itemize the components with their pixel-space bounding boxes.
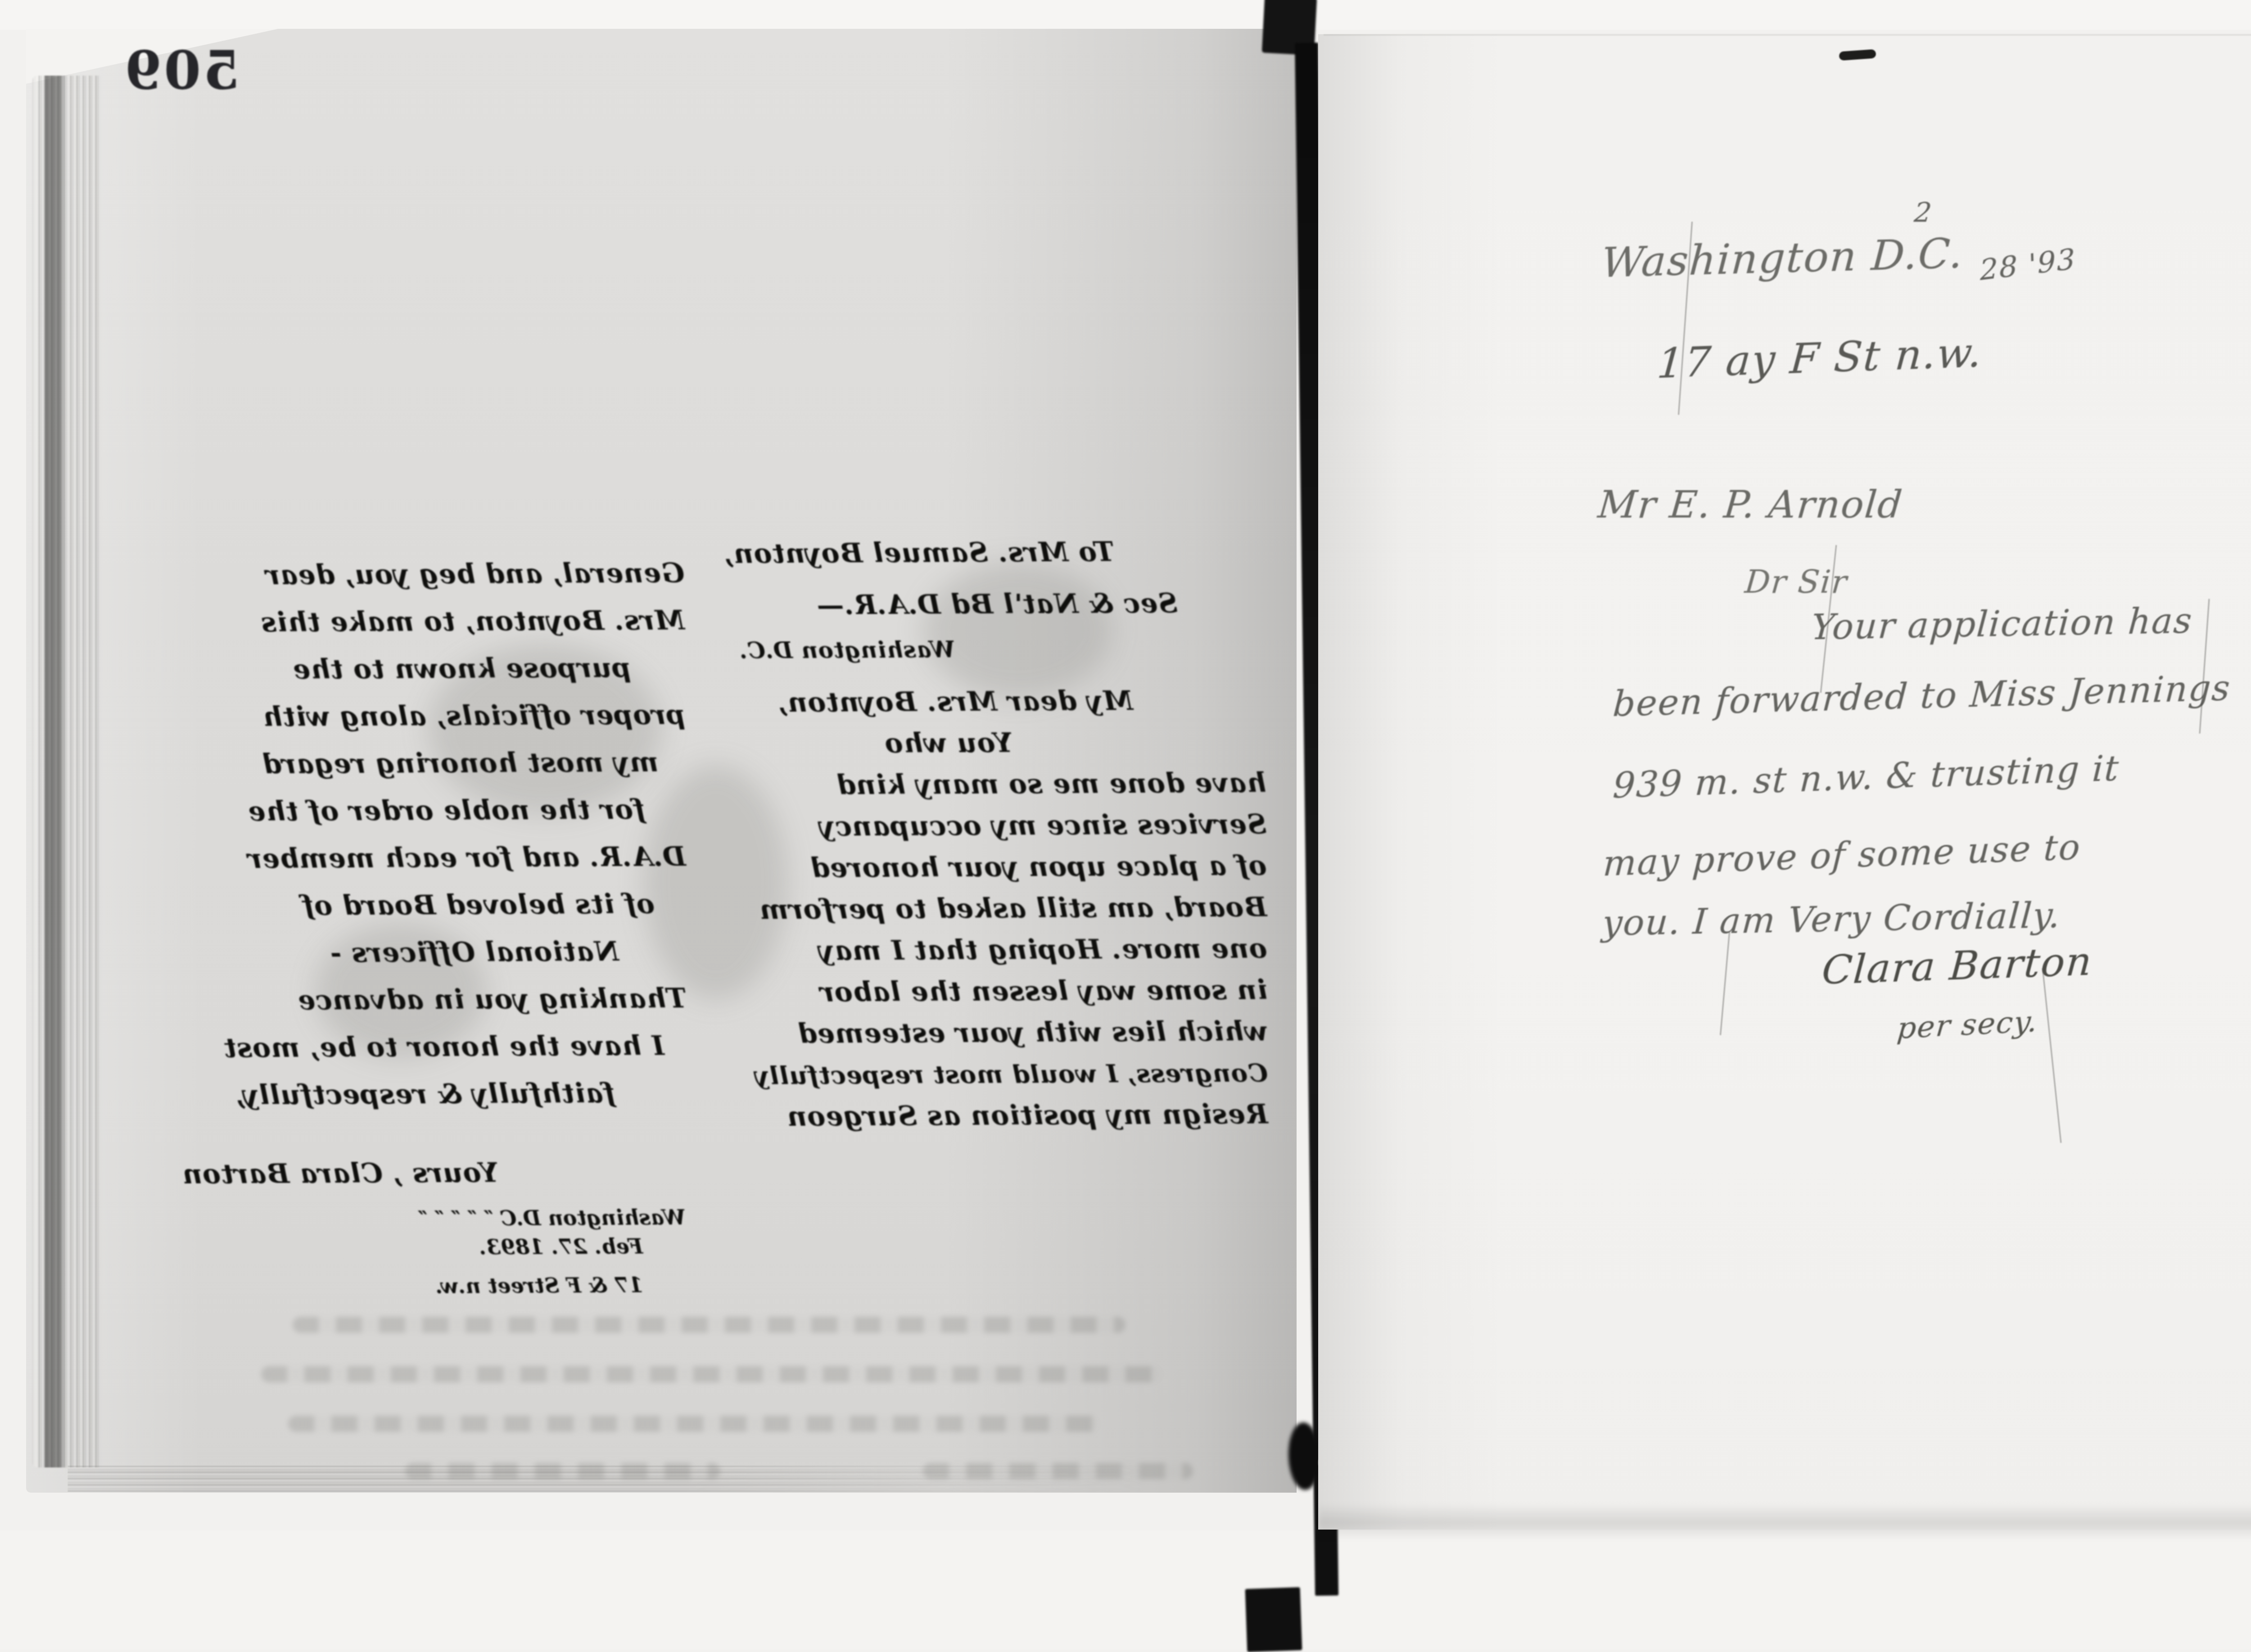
heading-city: Washington D.C. — [1600, 230, 1965, 287]
mirrored-line: Resign my position as Surgeon — [692, 1093, 1268, 1138]
mirrored-line: faithfully & respectfully, — [136, 1070, 615, 1120]
right-page-top-edge — [1324, 34, 2251, 36]
mirrored-line: Sec & Nat'l Bd D.A.R.— — [689, 582, 1177, 627]
body-line: Your application has — [1810, 601, 2194, 648]
mirrored-line: National Officers - — [135, 928, 619, 978]
mirrored-signature-line: Yours , Clara Barton — [136, 1149, 499, 1198]
scan-background-bottom — [0, 1530, 2251, 1649]
mirrored-line: Board, am still asked to perform — [691, 886, 1267, 931]
mirrored-line: have done me so many kind — [690, 762, 1266, 807]
mirrored-line: one more. Hoping that I may — [691, 928, 1267, 972]
mirrored-line: To Mrs. Samuel Boynton, — [689, 531, 1114, 575]
mirrored-line: I have the honor to be, most — [136, 1022, 665, 1072]
mirrored-text-block: To Mrs. Samuel Boynton, Sec & Nat'l Bd D… — [126, 530, 1272, 1427]
mirrored-line: proper officials, along with — [134, 691, 686, 741]
signature-line: Clara Barton — [1820, 938, 2094, 994]
mirrored-dateline: Feb. 27. 1893. — [136, 1229, 643, 1266]
mirrored-line: You who — [690, 722, 1012, 765]
right-page-bottom-shadow — [1318, 1503, 2251, 1539]
binding-bottom-tab — [1245, 1587, 1302, 1649]
mirrored-line: of its beloved Board of — [135, 881, 655, 931]
mirrored-column-continuation: General, and beg you, dear Mrs. Boynton,… — [133, 550, 688, 1304]
heading-superscript: 2 — [1913, 197, 1934, 229]
mirrored-line: Congress, I would most respectfully — [692, 1052, 1268, 1097]
body-line: you. I am Very Cordially. — [1601, 895, 2062, 944]
mirrored-line: of a place upon your honored — [690, 845, 1266, 889]
ghost-text-line — [923, 1463, 1193, 1479]
mirrored-line: Services since my occupancy — [690, 803, 1266, 848]
recipient-line: Mr E. P. Arnold — [1596, 483, 1905, 527]
mirrored-line: Washington D.C. — [689, 632, 955, 669]
ghost-text-line — [405, 1463, 720, 1479]
mirrored-line: in some way lessen the labor — [691, 969, 1267, 1014]
mirrored-line: D.A.R. and for each member — [134, 833, 686, 883]
mirrored-line: for the noble order of the — [134, 786, 646, 836]
mirrored-line: Thanking you in advance — [135, 975, 687, 1025]
mirrored-line: My dear Mrs. Boynton, — [690, 680, 1133, 724]
book-scan: 509 To Mrs. Samuel Boynton, Sec & Nat'l … — [0, 0, 2251, 1649]
mirrored-column-letter-start: To Mrs. Samuel Boynton, Sec & Nat'l Bd D… — [689, 530, 1268, 1138]
mirrored-line: Mrs. Boynton, to make this — [133, 597, 685, 647]
page-edge-stack-left — [32, 76, 101, 1467]
mirrored-line: which lies with your esteemed — [691, 1011, 1267, 1055]
mirrored-line: General, and beg you, dear — [133, 550, 685, 600]
scan-background-top — [0, 0, 2251, 30]
mirrored-dateline: 17 & F Street n.w. — [136, 1268, 643, 1305]
mirrored-line: my most honoring regard — [134, 739, 659, 789]
page-number-509: 509 — [122, 39, 240, 101]
mirrored-line: purpose known to the — [133, 645, 631, 695]
